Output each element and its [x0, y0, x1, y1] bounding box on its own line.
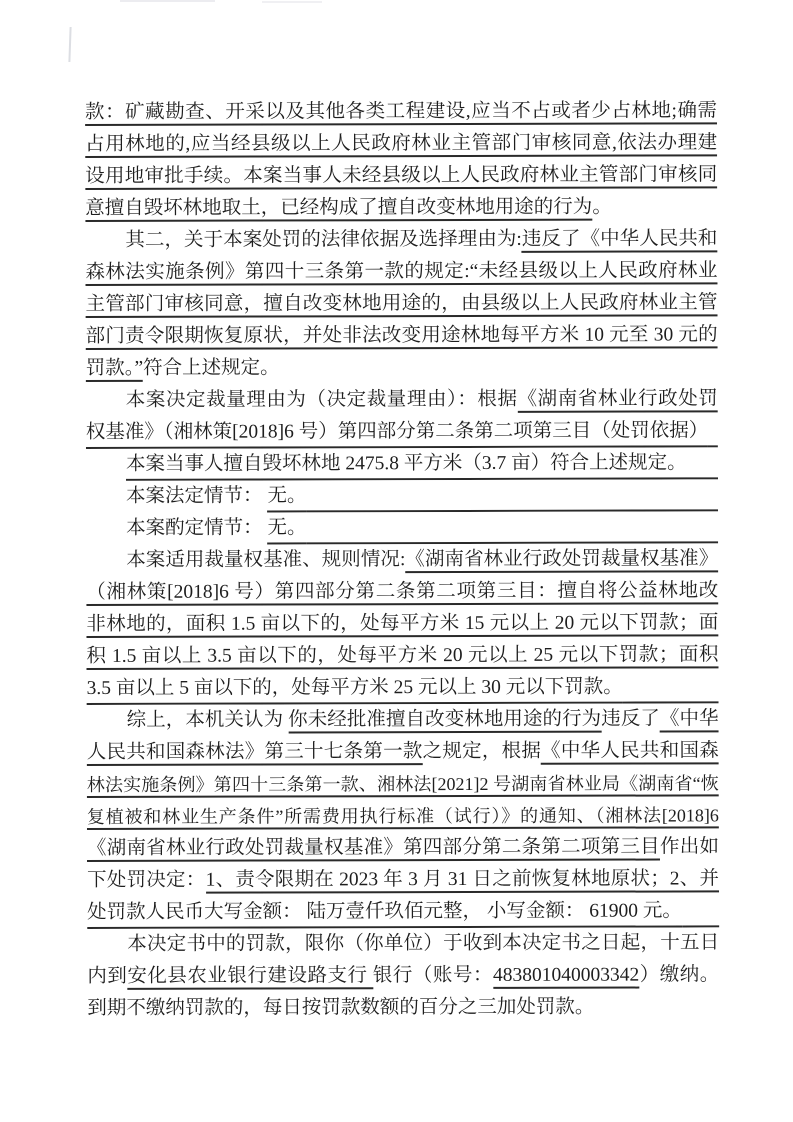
underlined-text: 罚款。” — [86, 358, 143, 382]
text-run: ）缴纳。 — [639, 964, 719, 985]
text-line: 其二，关于本案处罚的法律依据及选择理由为:违反了《中华人民共和国 — [85, 223, 717, 257]
text-run: 内到 — [87, 966, 127, 987]
text-run: 下处罚决定： — [87, 870, 206, 891]
text-line: 非林地的，面积 1.5 亩以下的，处每平方米 15 元以上 20 元以下罚款；面 — [86, 607, 718, 641]
document-body: 款：矿藏勘查、开采以及其他各类工程建设,应当不占或者少占林地;确需占用林地的,应… — [85, 95, 719, 1025]
text-run: 综上，本机关认为 — [127, 709, 289, 730]
text-run: 其二，关于本案处罚的法律依据及选择理由为: — [125, 229, 522, 251]
underlined-text: 1、责令限期在 2023 年 3 月 31 日之前恢复林地原状；2、并 — [206, 868, 720, 893]
underlined-text: 部门责令限期恢复原状，并处非法改变用途林地每平方米 10 元至 30 元的 — [86, 324, 718, 350]
text-run: 符合上述规定。 — [143, 357, 280, 378]
underlined-text: 积 1.5 亩以上 3.5 亩以下的，处每平方米 20 元以上 25 元以下罚款… — [86, 644, 718, 670]
blank-underline-rule — [306, 511, 718, 544]
blank-underline-rule — [708, 415, 718, 447]
underlined-text: （湘林策[2018]6 号）第四部分第二条第二项第三目：擅自将公益林地改为 — [86, 580, 718, 609]
underlined-text: 《湖南省林业行政处罚裁量权基准》第四部分第二条第二项第三目 — [87, 836, 660, 861]
text-line: 意擅自毁坏林地取土，已经构成了擅自改变林地用途的行为。 — [85, 191, 717, 225]
text-run: 本案法定情节： — [126, 481, 267, 513]
text-line: 3.5 亩以上 5 亩以下的，处每平方米 25 元以上 30 元以下罚款。 — [87, 671, 719, 705]
text-line: 部门责令限期恢复原状，并处非法改变用途林地每平方米 10 元至 30 元的 — [86, 319, 718, 353]
text-run: 作出如 — [660, 836, 719, 857]
underlined-text: 3.5 亩以上 5 亩以下的，处每平方米 25 元以上 30 元以下罚款。 — [87, 672, 623, 705]
blank-underline-rule — [682, 895, 719, 927]
blank-underline-rule — [623, 671, 719, 703]
underlined-text: 《湖南省林业行政处罚裁量权基准》 — [405, 548, 718, 573]
underlined-text: 意擅自毁坏林地取土，已经构成了擅自改变林地用途的行为 — [85, 197, 592, 222]
underlined-text: 森林法实施条例》第四十三条第一款的规定:“未经县级以上人民政府林业 — [85, 260, 717, 286]
underlined-text: 处罚款人民币大写金额： 陆万壹仟玖佰元整， 小写金额： 61900 元。 — [87, 895, 682, 929]
scan-artifact — [120, 0, 215, 2]
text-line: 权基准》（湘林策[2018]6 号）第四部分第二条第二项第三目（处罚依据） — [86, 415, 718, 449]
text-run: 到期不缴纳罚款的，每日按罚款数额的百分之三加处罚款。 — [87, 997, 594, 1019]
underlined-text: 无。 — [267, 480, 306, 512]
underlined-text: 无。 — [267, 512, 306, 544]
text-line: 本案当事人擅自毁坏林地 2475.8 平方米（3.7 亩）符合上述规定。 — [86, 447, 718, 481]
text-line: 主管部门审核同意，擅自改变林地用途的，由县级以上人民政府林业主管 — [86, 287, 718, 321]
text-run: 本案酌定情节： — [126, 513, 267, 545]
underlined-text: 主管部门审核同意，擅自改变林地用途的，由县级以上人民政府林业主管 — [86, 292, 718, 318]
blank-underline-rule — [687, 447, 718, 479]
text-line: 罚款。”符合上述规定。 — [86, 351, 718, 385]
underlined-text: 483801040003342 — [493, 965, 639, 989]
text-run: 之规定，根据 — [423, 741, 542, 762]
text-line: 设用地审批手续。本案当事人未经县级以上人民政府林业主管部门审核同 — [85, 159, 717, 193]
underlined-text: 占用林地的,应当经县级以上人民政府林业主管部门审核同意,依法办理建 — [85, 132, 717, 158]
text-line: 本案适用裁量权基准、规则情况:《湖南省林业行政处罚裁量权基准》 — [86, 543, 718, 577]
text-line: 《湖南省林业行政处罚裁量权基准》第四部分第二条第二项第三目作出如 — [87, 831, 719, 865]
text-line: 人民共和国森林法》第三十七条第一款之规定，根据《中华人民共和国森 — [87, 735, 719, 769]
text-run: 。 — [592, 197, 612, 218]
underlined-text: 设用地审批手续。本案当事人未经县级以上人民政府林业主管部门审核同 — [85, 164, 717, 190]
text-line: 到期不缴纳罚款的，每日按罚款数额的百分之三加处罚款。 — [87, 991, 719, 1025]
text-run: 本案适用裁量权基准、规则情况: — [126, 549, 405, 571]
text-line: 林法实施条例》第四十三条第一款、湘林法[2021]2 号湖南省林业局《湖南省“恢 — [87, 767, 719, 801]
underlined-text: 复植被和林业生产条件”所需费用执行标准（试行）》的通知、（湘林法[2018]6 … — [87, 805, 719, 833]
underlined-text: 权基准》（湘林策[2018]6 号）第四部分第二条第二项第三目（处罚依据） — [86, 415, 708, 449]
text-line: 森林法实施条例》第四十三条第一款的规定:“未经县级以上人民政府林业 — [85, 255, 717, 289]
scan-artifact — [262, 1, 322, 3]
text-line: 复植被和林业生产条件”所需费用执行标准（试行）》的通知、（湘林法[2018]6 … — [87, 799, 719, 833]
text-line: 本案决定裁量理由为（决定裁量理由）：根据《湖南省林业行政处罚裁量 — [86, 383, 718, 417]
text-line: 综上，本机关认为 你未经批准擅自改变林地用途的行为违反了《中华 — [87, 703, 719, 737]
text-run: 银行（账号： — [373, 965, 493, 986]
text-line: 内到安化县农业银行建设路支行 银行（账号：483801040003342）缴纳。 — [87, 959, 719, 993]
text-line: （湘林策[2018]6 号）第四部分第二条第二项第三目：擅自将公益林地改为 — [86, 575, 718, 609]
underlined-text: 本案当事人擅自毁坏林地 2475.8 平方米（3.7 亩）符合上述规定。 — [126, 447, 687, 480]
text-line: 积 1.5 亩以上 3.5 亩以下的，处每平方米 20 元以上 25 元以下罚款… — [86, 639, 718, 673]
text-line: 本案法定情节： 无。 — [86, 479, 718, 513]
underlined-text: 非林地的，面积 1.5 亩以下的，处每平方米 15 元以上 20 元以下罚款；面 — [86, 612, 718, 638]
text-run: 违反了 — [601, 708, 660, 729]
underlined-text: 《中华人民共和国森 — [541, 740, 719, 764]
text-run: 本决定书中的罚款，限你（你单位）于收到本决定书之日起，十五日 — [127, 932, 719, 955]
text-line: 占用林地的,应当经县级以上人民政府林业主管部门审核同意,依法办理建 — [85, 127, 717, 161]
text-line: 本案酌定情节： 无。 — [86, 511, 718, 545]
underlined-text: 《中华 — [660, 708, 719, 732]
blank-underline-rule — [306, 479, 718, 512]
text-line: 款：矿藏勘查、开采以及其他各类工程建设,应当不占或者少占林地;确需 — [85, 95, 717, 129]
scanned-document-page: 款：矿藏勘查、开采以及其他各类工程建设,应当不占或者少占林地;确需占用林地的,应… — [0, 0, 793, 1122]
underlined-text: 林法实施条例》第四十三条第一款、湘林法[2021]2 号湖南省林业局《湖南省“恢 — [87, 773, 719, 798]
underlined-text: 款：矿藏勘查、开采以及其他各类工程建设,应当不占或者少占林地;确需 — [85, 100, 717, 126]
underlined-text: 人民共和国森林法》第三十七条第一款 — [87, 741, 423, 766]
scan-artifact — [68, 27, 71, 62]
underlined-text: 你未经批准擅自改变林地用途的行为 — [288, 709, 601, 734]
text-run: 本案决定裁量理由为（决定裁量理由）：根据 — [126, 389, 518, 411]
underlined-text: 安化县农业银行建设路支行 — [127, 965, 373, 990]
text-line: 处罚款人民币大写金额： 陆万壹仟玖佰元整， 小写金额： 61900 元。 — [87, 895, 719, 929]
text-line: 本决定书中的罚款，限你（你单位）于收到本决定书之日起，十五日 — [87, 927, 719, 961]
text-line: 下处罚决定：1、责令限期在 2023 年 3 月 31 日之前恢复林地原状；2、… — [87, 863, 719, 897]
